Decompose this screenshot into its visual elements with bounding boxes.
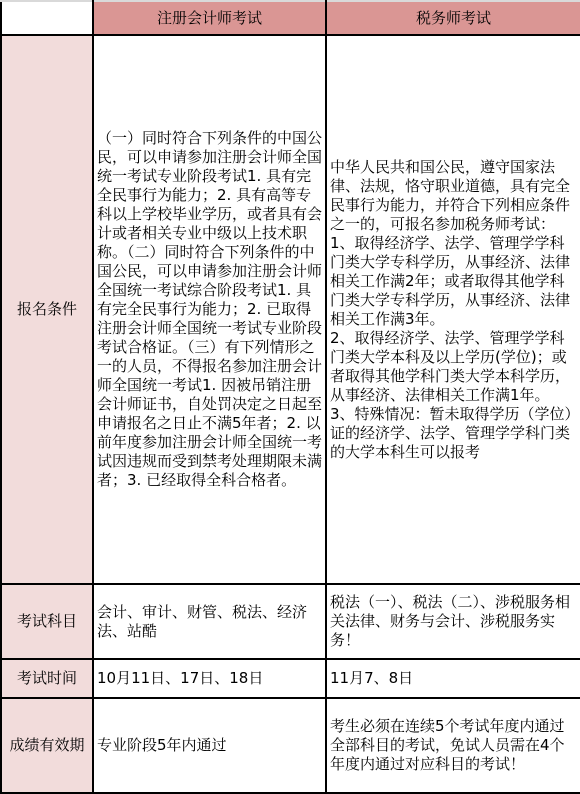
row-label-exam-subjects: 考试科目 xyxy=(1,584,93,659)
table-header-row: 注册会计师考试 税务师考试 xyxy=(1,1,580,35)
table-row-exam-dates: 考试时间 10月11日、17日、18日 11月7、8日 xyxy=(1,659,580,698)
row-label-registration-conditions: 报名条件 xyxy=(1,35,93,584)
cpa-exam-dates: 10月11日、17日、18日 xyxy=(93,659,326,698)
exam-comparison-table: 注册会计师考试 税务师考试 报名条件 （一）同时符合下列条件的中国公民，可以申请… xyxy=(0,0,580,794)
table-row-registration-conditions: 报名条件 （一）同时符合下列条件的中国公民，可以申请参加注册会计师全国统一考试专… xyxy=(1,35,580,584)
tax-exam-subjects: 税法（一）、税法（二）、涉税服务相关法律、财务与会计、涉税服务实务！ xyxy=(326,584,580,659)
table-row-exam-subjects: 考试科目 会计、审计、财管、税法、经济法、站酷 税法（一）、税法（二）、涉税服务… xyxy=(1,584,580,659)
header-cpa-exam: 注册会计师考试 xyxy=(93,1,326,35)
cpa-score-validity: 专业阶段5年内通过 xyxy=(93,698,326,793)
row-label-score-validity: 成绩有效期 xyxy=(1,698,93,793)
tax-registration-conditions: 中华人民共和国公民，遵守国家法律、法规，恪守职业道德，具有完全民事行为能力，并符… xyxy=(326,35,580,584)
header-tax-exam: 税务师考试 xyxy=(326,1,580,35)
tax-exam-dates: 11月7、8日 xyxy=(326,659,580,698)
table-row-score-validity: 成绩有效期 专业阶段5年内通过 考生必须在连续5个考试年度内通过全部科目的考试，… xyxy=(1,698,580,793)
row-label-exam-dates: 考试时间 xyxy=(1,659,93,698)
tax-score-validity: 考生必须在连续5个考试年度内通过全部科目的考试，免试人员需在4个年度内通过对应科… xyxy=(326,698,580,793)
cpa-exam-subjects: 会计、审计、财管、税法、经济法、站酷 xyxy=(93,584,326,659)
cpa-registration-conditions: （一）同时符合下列条件的中国公民，可以申请参加注册会计师全国统一考试专业阶段考试… xyxy=(93,35,326,584)
exam-comparison-page: 注册会计师考试 税务师考试 报名条件 （一）同时符合下列条件的中国公民，可以申请… xyxy=(0,0,580,794)
corner-cell xyxy=(1,1,93,35)
